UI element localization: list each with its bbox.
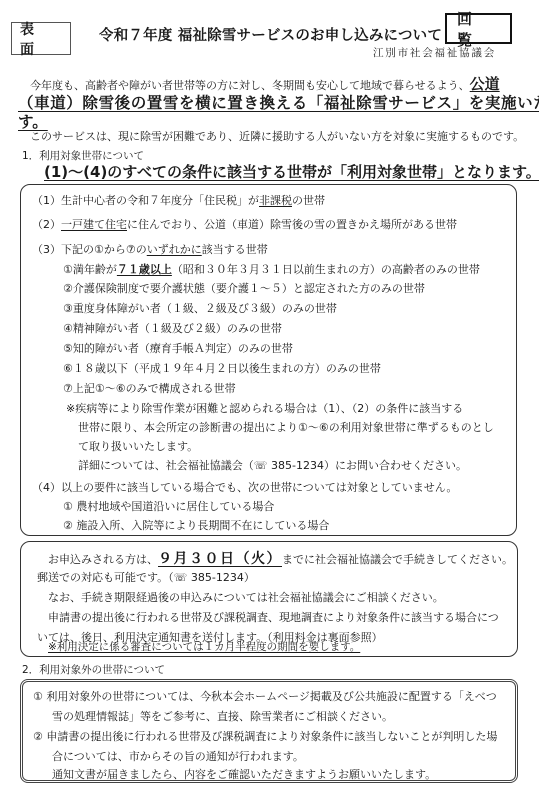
organization-name: 江別市社会福祉協議会 [373, 45, 496, 60]
application-late-note: なお、手続き期限経過後の申込みについては社会福祉協議会にご相談ください。 [48, 589, 444, 605]
condition-3-item-1: ①満年齢が７１歳以上（昭和３０年３月３１日以前生まれの方）の高齢者のみの世帯 [63, 261, 480, 277]
side-label-omote: 表 面 [11, 22, 71, 55]
item-1-emphasis: ７１歳以上 [117, 263, 172, 276]
condition-4: （4）以上の要件に該当している場合でも、次の世帯については対象としていません。 [32, 479, 457, 495]
condition-2: （2）一戸建て住宅に住んでおり、公道（車道）除雪後の雪の置きかえ場所がある世帯 [32, 216, 457, 232]
condition-3: （3）下記の①から⑦のいずれかに該当する世帯 [32, 241, 268, 257]
illness-note-contact: 詳細については、社会福祉協議会（☏ 385-1234）にお問い合わせください。 [78, 457, 467, 473]
application-duration-note: ※利用決定に係る審査については１カ月半程度の期間を要します。 [48, 639, 360, 654]
condition-1-emphasis: 非課税 [259, 194, 292, 207]
item-1-suffix: （昭和３０年３月３１日以前生まれの方）の高齢者のみの世帯 [172, 263, 480, 276]
intro-line-2-emphasis: （車道）除雪後の置雪を横に置き換える「福祉除雪サービス」を実施いたしま [18, 91, 539, 113]
condition-1: （1）生計中心者の令和７年度分「住民税」が非課税の世帯 [32, 192, 325, 208]
exclusion-item-2: ② 施設入所、入院等により長期間不在にしている場合 [63, 517, 329, 533]
page-title: 令和７年度 福祉除雪サービスのお申し込みについて [99, 24, 442, 45]
item-1-prefix: ①満年齢が [63, 263, 117, 276]
application-deadline: ９月３０日（火） [158, 551, 282, 567]
illness-note-line-3: て取り扱いいたします。 [78, 438, 198, 454]
non-eligible-item-2-line-1: ② 申請書の提出後に行われる世帯及び課税調査により対象条件に該当しないことが判明… [33, 728, 497, 744]
exclusion-item-1: ① 農村地域や国道沿いに居住している場合 [63, 498, 274, 514]
condition-3-item-2: ②介護保険制度で要介護状態（要介護１～５）と認定された方のみの世帯 [63, 280, 425, 296]
illness-note-line-2: 世帯に限り、本会所定の診断書の提出により①～⑥の利用対象世帯に準ずるものとし [78, 419, 494, 435]
illness-note-line-1: ※疾病等により除雪作業が困難と認められる場合は（1）、（2）の条件に該当する [66, 400, 463, 416]
condition-2-prefix: （2） [32, 218, 61, 231]
condition-3-suffix: 該当する世帯 [202, 243, 268, 256]
section-1-lead: (1)～(4)のすべての条件に該当する世帯が「利用対象世帯」となります。 [44, 161, 539, 182]
condition-3-prefix: （3）下記の①から⑦の [32, 243, 147, 256]
condition-2-emphasis: 一戸建て住宅 [61, 218, 127, 231]
application-mail-note: 郵送での対応も可能です。（☏ 385-1234） [37, 569, 255, 585]
application-review-line-1: 申請書の提出後に行われる世帯及び課税調査、現地調査により対象条件に該当する場合に… [48, 609, 499, 625]
condition-3-item-3: ③重度身体障がい者（１級、２級及び３級）のみの世帯 [63, 300, 337, 316]
application-prefix: お申込みされる方は、 [48, 553, 158, 566]
non-eligible-item-2-line-3: 通知文書が届きましたら、内容をご確認いただきますようお願いいたします。 [52, 766, 436, 782]
non-eligible-item-1-line-2: 雪の処理情報誌」等をご参考に、直接、除雪業者にご相談ください。 [52, 708, 393, 724]
non-eligible-item-1-line-1: ① 利用対象外の世帯については、今秋本会ホームページ掲載及び公共施設に配置する「… [33, 688, 497, 704]
application-suffix: までに社会福祉協議会で手続きしてください。 [282, 553, 513, 566]
condition-2-suffix: に住んでおり、公道（車道）除雪後の雪の置きかえ場所がある世帯 [127, 218, 457, 231]
condition-1-prefix: （1）生計中心者の令和７年度分「住民税」が [32, 194, 259, 207]
non-eligible-item-2-line-2: 合については、市からその旨の通知が行われます。 [52, 748, 304, 764]
condition-3-item-4: ④精神障がい者（１級及び２級）のみの世帯 [63, 320, 282, 336]
condition-1-suffix: の世帯 [292, 194, 325, 207]
application-line-1: お申込みされる方は、９月３０日（火）までに社会福祉協議会で手続きしてください。 [48, 548, 513, 568]
condition-3-item-7: ⑦上記①～⑥のみで構成される世帯 [63, 380, 236, 396]
section-2-heading: 2．利用対象外の世帯について [22, 662, 165, 677]
condition-3-item-5: ⑤知的障がい者（療育手帳Ａ判定）のみの世帯 [63, 340, 293, 356]
circulation-stamp: 回 覧 [445, 13, 512, 44]
condition-3-item-6: ⑥１８歳以下（平成１９年４月２日以後生まれの方）のみの世帯 [63, 360, 381, 376]
intro-line-4: このサービスは、現に除雪が困難であり、近隣に援助する人がいない方を対象に実施する… [30, 128, 524, 144]
condition-3-emphasis: いずれかに [147, 243, 202, 256]
